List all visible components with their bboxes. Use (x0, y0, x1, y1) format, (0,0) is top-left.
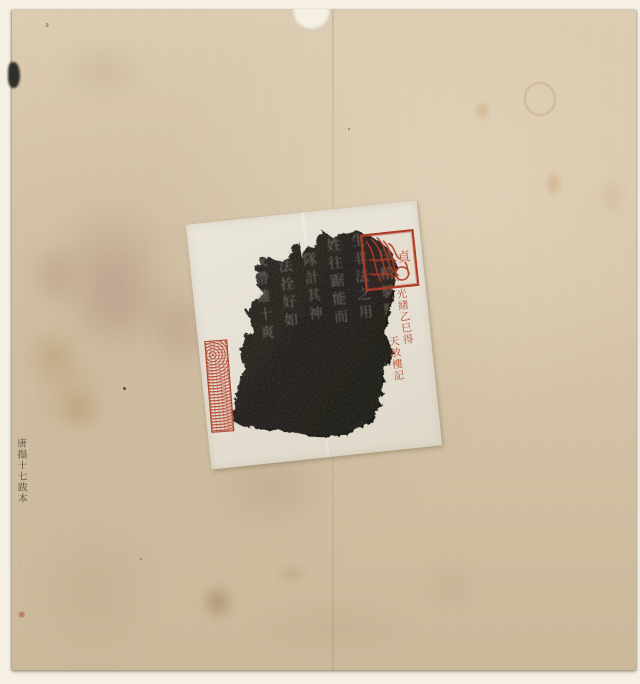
stain (420, 560, 482, 612)
album-sheet: 〝 唐搨十七跋本 ❋ (12, 10, 636, 670)
fox-speck (140, 558, 142, 560)
stain (20, 520, 165, 665)
stain (60, 40, 145, 102)
rubbing-album-scan: 〝 唐搨十七跋本 ❋ (0, 0, 640, 684)
stain (276, 564, 308, 584)
collector-seal-square: 貞 (360, 229, 420, 291)
water-ring-stain (524, 82, 556, 116)
stain (60, 390, 102, 432)
stain (240, 600, 425, 655)
corner-seal-mark: ❋ (17, 611, 26, 622)
fox-speck (348, 128, 350, 130)
edge-ink-spot (8, 62, 20, 88)
fox-speck (123, 387, 126, 390)
stain (544, 170, 563, 197)
margin-inscription: 唐搨十七跋本 (12, 438, 28, 504)
stain (474, 100, 491, 121)
rubbing-leaf: 日精騎駐 生非法之用 姓往踞能而 佳隊計其神 而法拴好如 戎帶難十爽 苦之故 (186, 201, 442, 470)
stain (200, 582, 236, 622)
stain (598, 176, 626, 218)
